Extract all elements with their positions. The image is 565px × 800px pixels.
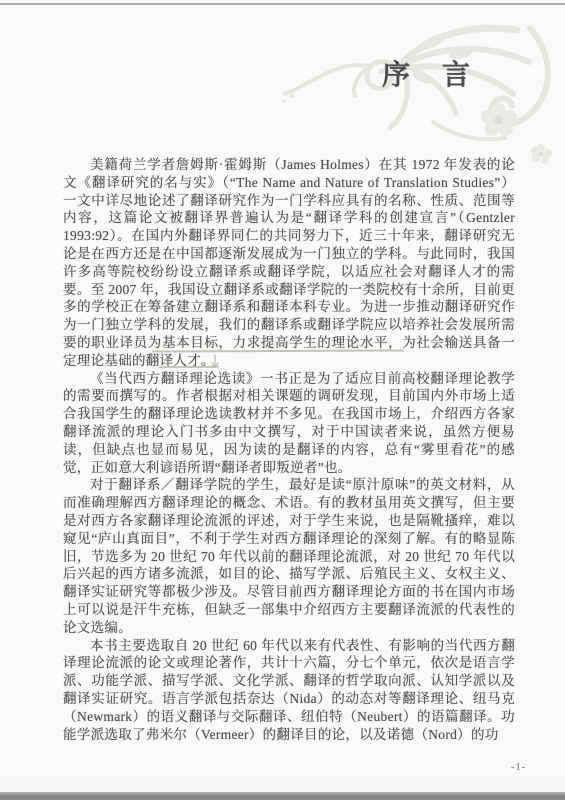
paragraph-2: 《当代西方翻译理论选读》一书正是为了适应目前高校翻译理论教学的需要而撰写的。作者… xyxy=(63,370,515,477)
bottom-scan-edge xyxy=(0,792,565,800)
preface-body: 美籍荷兰学者詹姆斯·霍姆斯（James Holmes）在其 1972 年发表的论… xyxy=(63,156,515,743)
page-title: 序 言 xyxy=(382,53,472,93)
small-flower-icon xyxy=(531,144,552,164)
paragraph-4: 本书主要选取自 20 世纪 60 年代以来有代表性、有影响的当代西方翻译理论流派… xyxy=(63,637,515,744)
flower-icon xyxy=(481,103,517,136)
paragraph-3: 对于翻译系／翻译学院的学生，最好是读“原汁原味”的英文材料，从而准确理解西方翻译… xyxy=(63,476,515,636)
paragraph-1: 美籍荷兰学者詹姆斯·霍姆斯（James Holmes）在其 1972 年发表的论… xyxy=(63,156,515,370)
page-number: -1- xyxy=(511,762,526,773)
pencil-arrow-mark xyxy=(209,354,221,370)
top-scan-edge xyxy=(0,3,565,5)
scanned-book-page: 序 言 美籍荷兰学者詹姆斯·霍姆斯（James Holmes）在其 1972 年… xyxy=(0,0,565,800)
